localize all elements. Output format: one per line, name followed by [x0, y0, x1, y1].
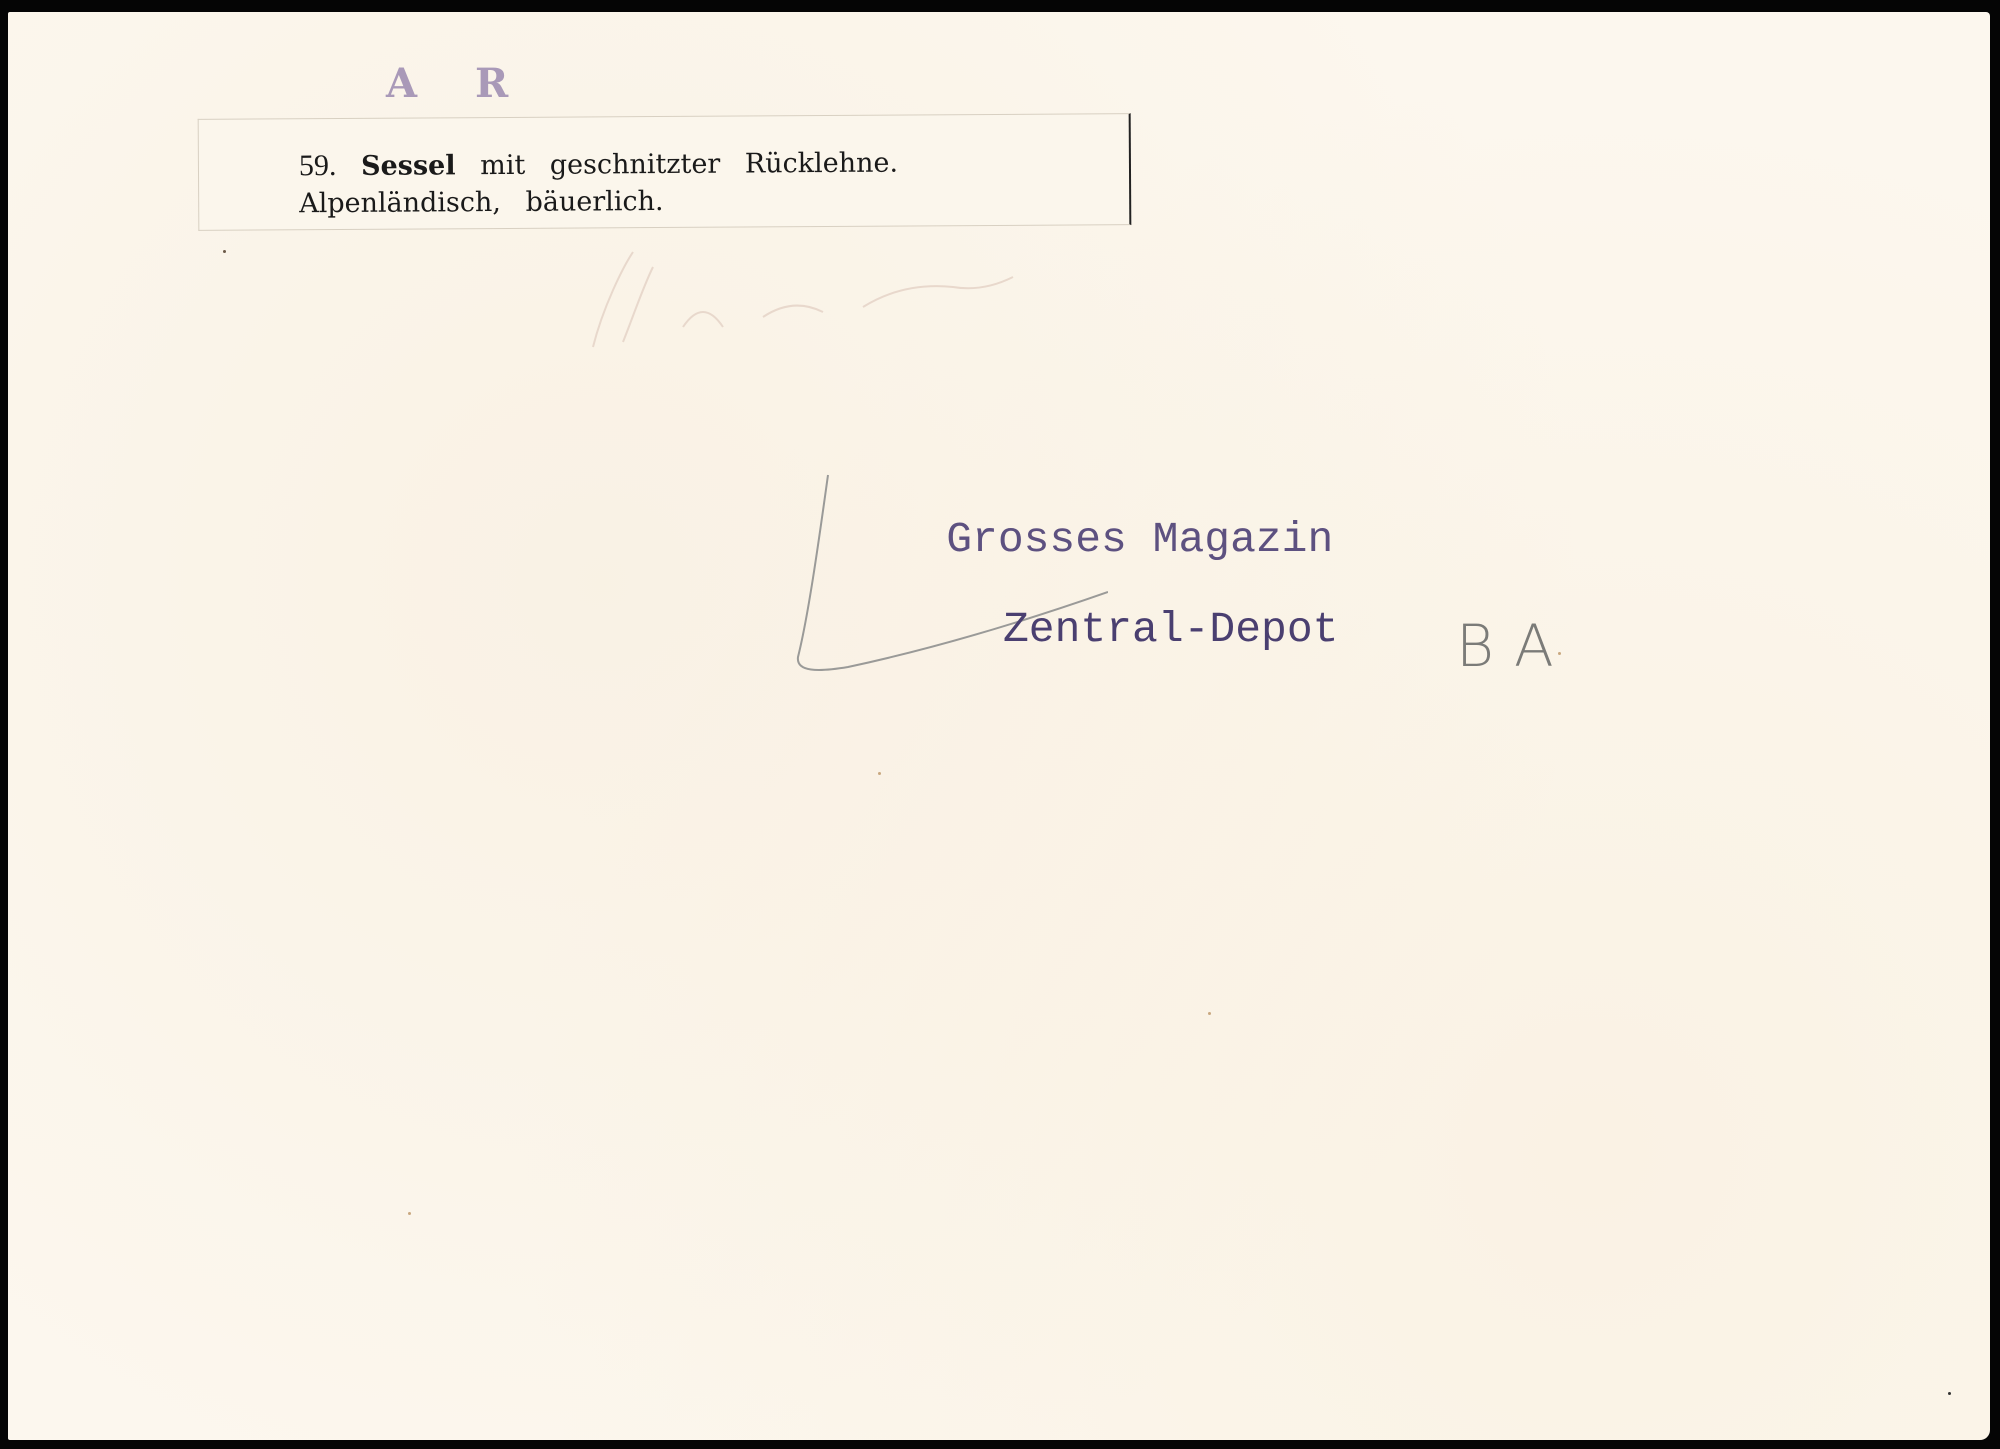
- caption-number: 59.: [299, 149, 337, 182]
- speck: [878, 772, 881, 775]
- faint-pencil-scribble: [563, 247, 1033, 357]
- caption-title: Sessel: [361, 150, 456, 182]
- speck: [1948, 1392, 1951, 1395]
- speck: [1208, 1012, 1211, 1015]
- stamp-line-2: Zentral-Depot: [1003, 607, 1338, 652]
- caption-text: 59. Sessel mit geschnitzter Rücklehne. A…: [299, 142, 1099, 222]
- caption-label: 59. Sessel mit geschnitzter Rücklehne. A…: [198, 113, 1132, 231]
- initials-stamp: A R: [386, 60, 530, 107]
- archive-card-back: A R 59. Sessel mit geschnitzter Rücklehn…: [8, 12, 1990, 1440]
- stamp-line-1: Grosses Magazin: [946, 515, 1333, 564]
- speck: [223, 250, 226, 253]
- pencil-note: BA: [1456, 612, 1574, 680]
- speck: [408, 1212, 411, 1215]
- speck: [1558, 652, 1561, 655]
- depot-stamp: Grosses Magazin Zentral-Depot: [843, 472, 1338, 742]
